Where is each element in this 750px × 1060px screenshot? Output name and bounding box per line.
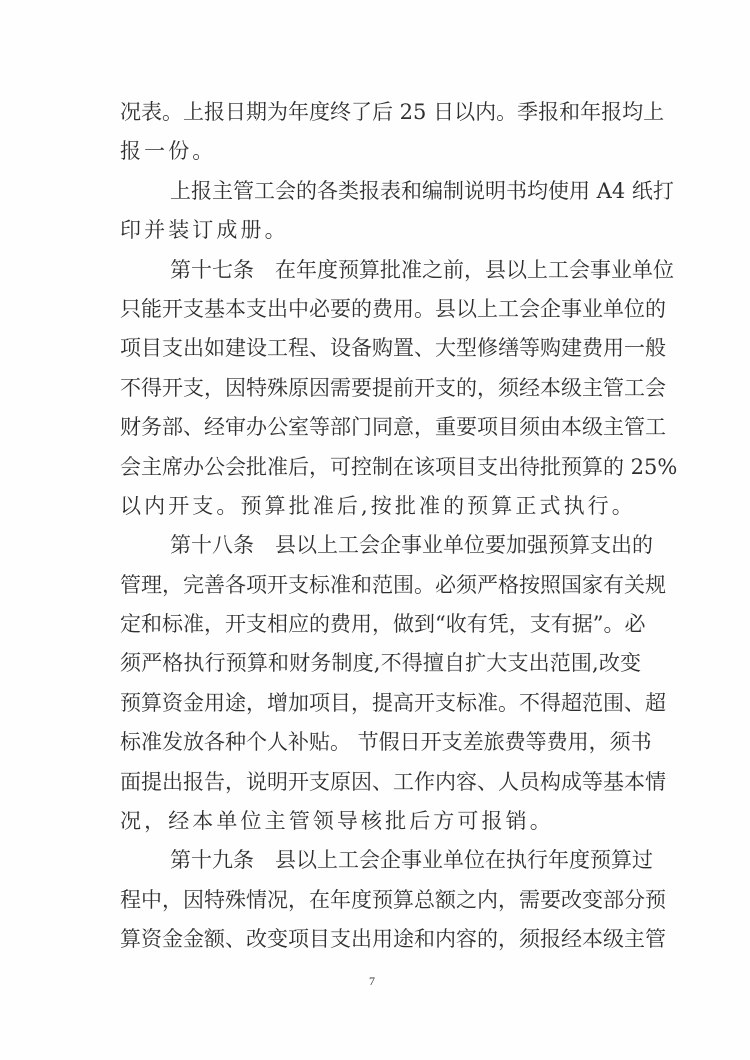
article-heading-line: 第十九条 县以上工会企事业单位在执行年度预算过	[120, 841, 641, 880]
text-line: 定和标准，开支相应的费用，做到“收有凭，支有据”。必	[120, 605, 641, 644]
text-line: 须严格执行预算和财务制度,不得擅自扩大支出范围,改变	[120, 644, 641, 683]
document-page: 况表。上报日期为年度终了后 25 日以内。季报和年报均上 报一份。 上报主管工会…	[0, 0, 750, 1060]
text-line: 财务部、经审办公室等部门同意，重要项目须由本级主管工	[120, 408, 641, 447]
text-line: 况，经本单位主管领导核批后方可报销。	[120, 802, 641, 841]
paragraph-reporting-continuation: 况表。上报日期为年度终了后 25 日以内。季报和年报均上 报一份。	[120, 93, 641, 172]
text-line: 预算资金用途，增加项目，提高开支标准。不得超范围、超	[120, 684, 641, 723]
text-line: 标准发放各种个人补贴。 节假日开支差旅费等费用，须书	[120, 723, 641, 762]
text-line: 报一份。	[120, 132, 641, 171]
paragraph-article-18: 第十八条 县以上工会企事业单位要加强预算支出的 管理，完善各项开支标准和范围。必…	[120, 526, 641, 841]
text-line: 只能开支基本支出中必要的费用。县以上工会企事业单位的	[120, 290, 641, 329]
text-line: 上报主管工会的各类报表和编制说明书均使用 A4 纸打	[120, 172, 641, 211]
text-line: 以内开支。预算批准后,按批准的预算正式执行。	[120, 487, 641, 526]
paragraph-article-19: 第十九条 县以上工会企事业单位在执行年度预算过 程中，因特殊情况，在年度预算总额…	[120, 841, 641, 959]
text-line: 面提出报告，说明开支原因、工作内容、人员构成等基本情	[120, 763, 641, 802]
article-heading-line: 第十八条 县以上工会企事业单位要加强预算支出的	[120, 526, 641, 565]
text-line: 会主席办公会批准后，可控制在该项目支出待批预算的 25%	[120, 448, 641, 487]
text-line: 程中，因特殊情况，在年度预算总额之内，需要改变部分预	[120, 881, 641, 920]
text-line: 不得开支，因特殊原因需要提前开支的，须经本级主管工会	[120, 369, 641, 408]
text-line: 印并装订成册。	[120, 211, 641, 250]
paragraph-a4-binding: 上报主管工会的各类报表和编制说明书均使用 A4 纸打 印并装订成册。	[120, 172, 641, 251]
text-line: 项目支出如建设工程、设备购置、大型修缮等购建费用一般	[120, 329, 641, 368]
document-body: 况表。上报日期为年度终了后 25 日以内。季报和年报均上 报一份。 上报主管工会…	[120, 93, 641, 960]
text-line: 管理，完善各项开支标准和范围。必须严格按照国家有关规	[120, 566, 641, 605]
article-heading-line: 第十七条 在年度预算批准之前，县以上工会事业单位	[120, 251, 641, 290]
page-number: 7	[365, 974, 379, 989]
text-line: 况表。上报日期为年度终了后 25 日以内。季报和年报均上	[120, 93, 641, 132]
text-line: 算资金金额、改变项目支出用途和内容的，须报经本级主管	[120, 920, 641, 959]
paragraph-article-17: 第十七条 在年度预算批准之前，县以上工会事业单位 只能开支基本支出中必要的费用。…	[120, 251, 641, 527]
